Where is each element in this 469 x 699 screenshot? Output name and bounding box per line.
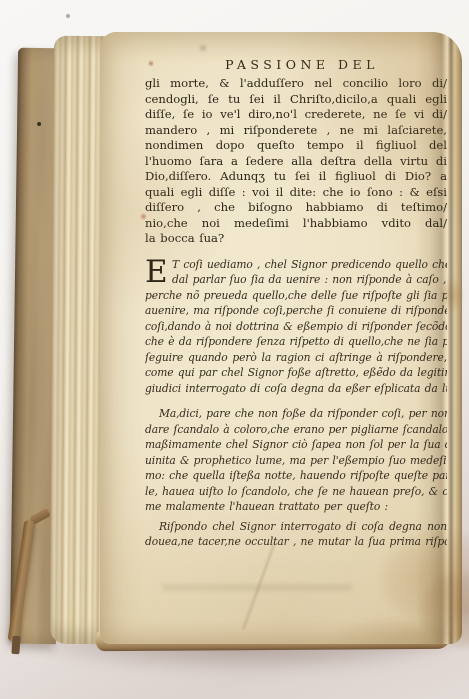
text-line: cendogli, ſe tu ſei il Chriſto,dicilo,a … (145, 92, 447, 108)
text-line: nio,che noi medeſimi l'habbiamo vdito da… (145, 216, 447, 232)
text-line: gli morte, & l'adduſſero nel concilio lo… (145, 76, 447, 92)
drop-cap-initial: E (145, 258, 170, 287)
ink-speck (198, 44, 208, 52)
leather-tie-strap (8, 520, 36, 642)
text-line: perche nõ preueda quello,che delle ſue r… (145, 288, 447, 304)
running-title: PASSIONE DEL (145, 56, 447, 73)
text-line: dare ſcandalo à coloro,che erano per pig… (145, 422, 447, 438)
paragraph-commentary-2: Ma,dici, pare che non foße da riſponder … (145, 406, 447, 515)
text-line: diſſero , che biſogno habbiamo di teſtim… (145, 200, 447, 216)
backdrop-speck (66, 14, 70, 18)
cover-wormhole-dot (37, 122, 41, 126)
paragraph-commentary-3: Riſpondo chel Signor interrogato di coſa… (145, 519, 447, 550)
leather-tie-tip (11, 636, 20, 655)
text-line: nondimen dopo queſto tempo il figliuol d… (145, 138, 447, 154)
text-line: Riſpondo chel Signor interrogato di coſa… (145, 519, 447, 535)
text-line: uinita & prophetico lume, ma per l'eßemp… (145, 453, 447, 469)
text-line: ſeguire quando però la ragion ci aſtring… (145, 350, 447, 366)
text-line: mo: che quella iſteßa notte, hauendo riſ… (145, 468, 447, 484)
text-block: PASSIONE DEL gli morte, & l'adduſſero ne… (145, 56, 447, 550)
text-line: giudici interrogato di coſa degna da eße… (145, 381, 447, 397)
text-line: l'huomo ſara a ſedere alla deſtra della … (145, 154, 447, 170)
text-line: che è da riſpondere ſenza riſpetto di qu… (145, 334, 447, 350)
leather-tie (8, 508, 54, 658)
paragraph-continuation: gli morte, & l'adduſſero nel concilio lo… (145, 76, 447, 247)
text-line: coſi,dando à noi dottrina & eßempio di r… (145, 319, 447, 335)
text-showthrough (162, 584, 352, 591)
text-page: PASSIONE DEL gli morte, & l'adduſſero ne… (100, 32, 462, 644)
text-line: Ma,dici, pare che non foße da riſponder … (145, 406, 447, 422)
photo-backdrop: PASSIONE DEL gli morte, & l'adduſſero ne… (0, 0, 469, 699)
text-line: mandero , mi riſponderete , ne mi laſcia… (145, 123, 447, 139)
text-line: la bocca ſua? (145, 231, 447, 247)
text-line: quali egli diſſe : voi il dite: che io ſ… (145, 185, 447, 201)
text-line: maßimamente chel Signor ciò ſapea non ſo… (145, 437, 447, 453)
text-line: dal parlar ſuo ſia da uenire : non riſpo… (145, 272, 447, 288)
paragraph-commentary-1: E T coſi uediamo , chel Signor predicend… (145, 257, 447, 397)
text-line: T coſi uediamo , chel Signor predicendo … (145, 257, 447, 273)
text-line: douea,ne tacer,ne occultar , ne mutar la… (145, 534, 447, 550)
book: PASSIONE DEL gli morte, & l'adduſſero ne… (14, 30, 462, 652)
text-line: auenire, ma riſponde coſi,perche ſi conu… (145, 303, 447, 319)
text-line: le, hauea uiſto lo ſcandolo, che ſe ne h… (145, 484, 447, 500)
text-line: diſſe, ſe io ve'l diro,no'l crederete, n… (145, 107, 447, 123)
text-line: come qui par chel Signor foße aſtretto, … (145, 365, 447, 381)
text-line: me malamente l'hauean trattato per queſt… (145, 499, 447, 515)
text-line: Dio,diſſero. Adunqʒ tu ſei il figliuol d… (145, 169, 447, 185)
